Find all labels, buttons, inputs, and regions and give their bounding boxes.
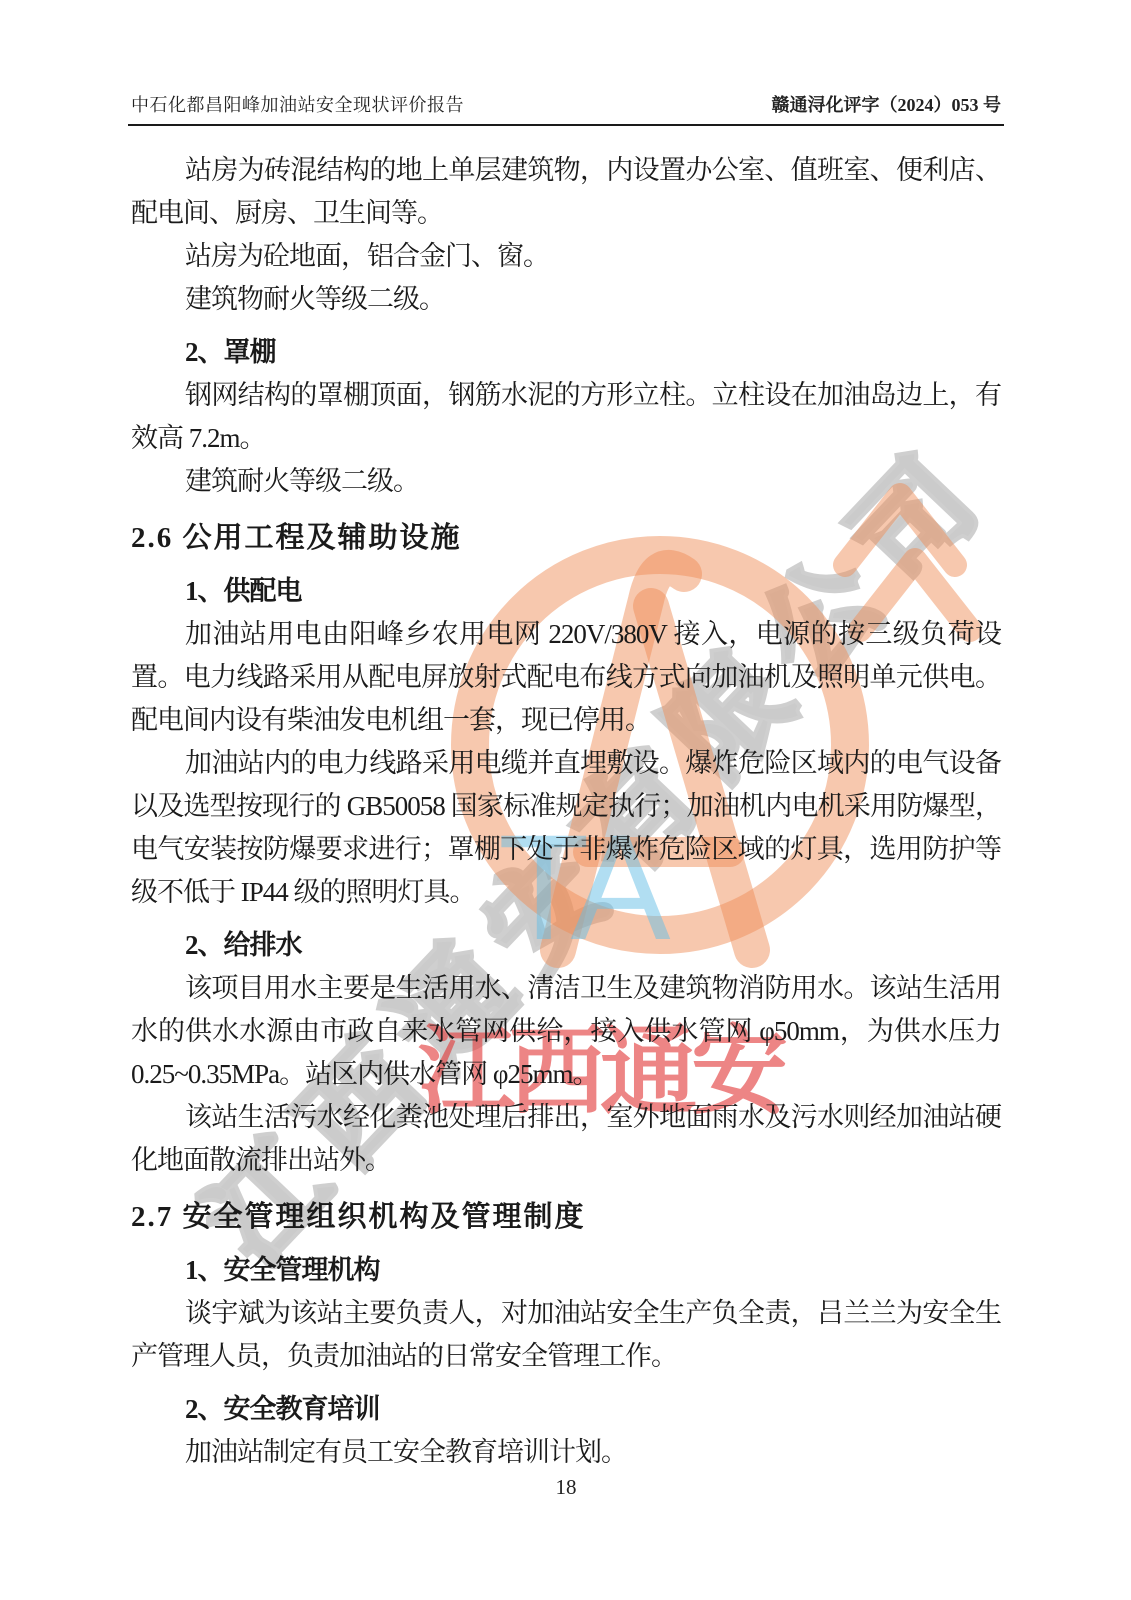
header-report-title: 中石化都昌阳峰加油站安全现状评价报告	[131, 93, 464, 117]
document-page: 江西通安有限公司 TA 江西通安 中石化都昌阳峰加油站安全现状评价报告 赣通浔化…	[0, 0, 1131, 1600]
paragraph: 加油站用电由阳峰乡农用电网 220V/380V 接入，电源的按三级负荷设置。电力…	[131, 613, 1001, 742]
section-heading: 1、供配电	[131, 570, 1001, 613]
paragraph: 加油站制定有员工安全教育培训计划。	[131, 1431, 1001, 1474]
paragraph: 该项目用水主要是生活用水、清洁卫生及建筑物消防用水。该站生活用水的供水水源由市政…	[131, 967, 1001, 1096]
paragraph: 站房为砖混结构的地上单层建筑物，内设置办公室、值班室、便利店、配电间、厨房、卫生…	[131, 149, 1001, 235]
header-document-number: 赣通浔化评字（2024）053 号	[772, 93, 1002, 117]
page-footer: 18	[131, 1475, 1001, 1500]
section-heading: 2.6 公用工程及辅助设施	[131, 517, 1001, 560]
paragraph: 加油站内的电力线路采用电缆并直埋敷设。爆炸危险区域内的电气设备以及选型按现行的 …	[131, 742, 1001, 914]
paragraph: 谈宇斌为该站主要负责人，对加油站安全生产负全责，吕兰兰为安全生产管理人员，负责加…	[131, 1292, 1001, 1378]
page-number: 18	[556, 1475, 577, 1499]
document-body: 站房为砖混结构的地上单层建筑物，内设置办公室、值班室、便利店、配电间、厨房、卫生…	[131, 149, 1001, 1474]
paragraph: 站房为砼地面，铝合金门、窗。	[131, 235, 1001, 278]
paragraph: 该站生活污水经化粪池处理后排出，室外地面雨水及污水则经加油站硬化地面散流排出站外…	[131, 1096, 1001, 1182]
header-divider	[128, 124, 1004, 126]
paragraph: 建筑耐火等级二级。	[131, 460, 1001, 503]
paragraph: 钢网结构的罩棚顶面，钢筋水泥的方形立柱。立柱设在加油岛边上，有效高 7.2m。	[131, 374, 1001, 460]
section-heading: 2、给排水	[131, 924, 1001, 967]
section-heading: 2、安全教育培训	[131, 1388, 1001, 1431]
paragraph: 建筑物耐火等级二级。	[131, 278, 1001, 321]
section-heading: 2.7 安全管理组织机构及管理制度	[131, 1196, 1001, 1239]
page-header: 中石化都昌阳峰加油站安全现状评价报告 赣通浔化评字（2024）053 号	[131, 93, 1001, 117]
section-heading: 1、安全管理机构	[131, 1249, 1001, 1292]
section-heading: 2、罩棚	[131, 331, 1001, 374]
